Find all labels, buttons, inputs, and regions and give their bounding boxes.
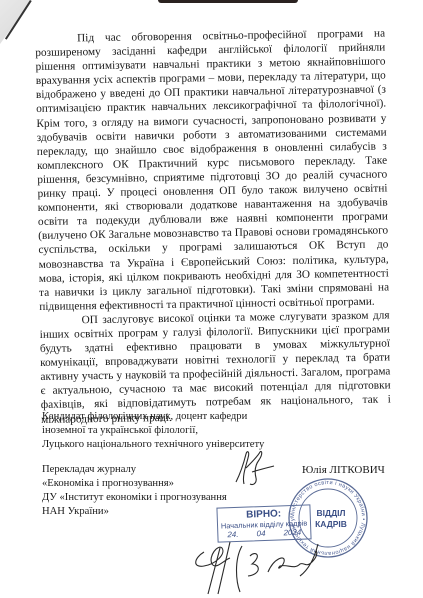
reviewer-affiliation: Кандидат філологічних наук, доцент кафед… xyxy=(42,410,264,452)
paragraph-2: ОП заслуговує високої оцінки та може слу… xyxy=(39,308,391,426)
round-stamp-center-2: КАДРІВ xyxy=(315,519,347,529)
affiliation-line: Луцького національного технічного універ… xyxy=(42,438,264,452)
affiliation-line: іноземної та української філології, xyxy=(42,424,264,438)
document-body: Під час обговорення освітньо-професійної… xyxy=(35,27,391,427)
paragraph-1: Під час обговорення освітньо-професійної… xyxy=(35,27,389,314)
reviewer-position: Перекладач журналу «Економіка і прогнозу… xyxy=(42,463,227,519)
position-line: «Економіка і прогнозування» xyxy=(42,477,227,491)
round-stamp-center-1: ВІДДІЛ xyxy=(317,508,346,518)
affiliation-line: Кандидат філологічних наук, доцент кафед… xyxy=(42,410,264,424)
signer-name: Юлія ЛІТКОВИЧ xyxy=(302,464,385,476)
handwritten-signature xyxy=(232,448,277,490)
hr-signature xyxy=(190,536,330,596)
scan-artifact xyxy=(158,0,298,3)
position-line: Перекладач журналу xyxy=(42,463,227,477)
position-line: ДУ «Інститут економіки і прогнозування xyxy=(42,491,227,505)
position-line: НАН України» xyxy=(42,505,227,519)
